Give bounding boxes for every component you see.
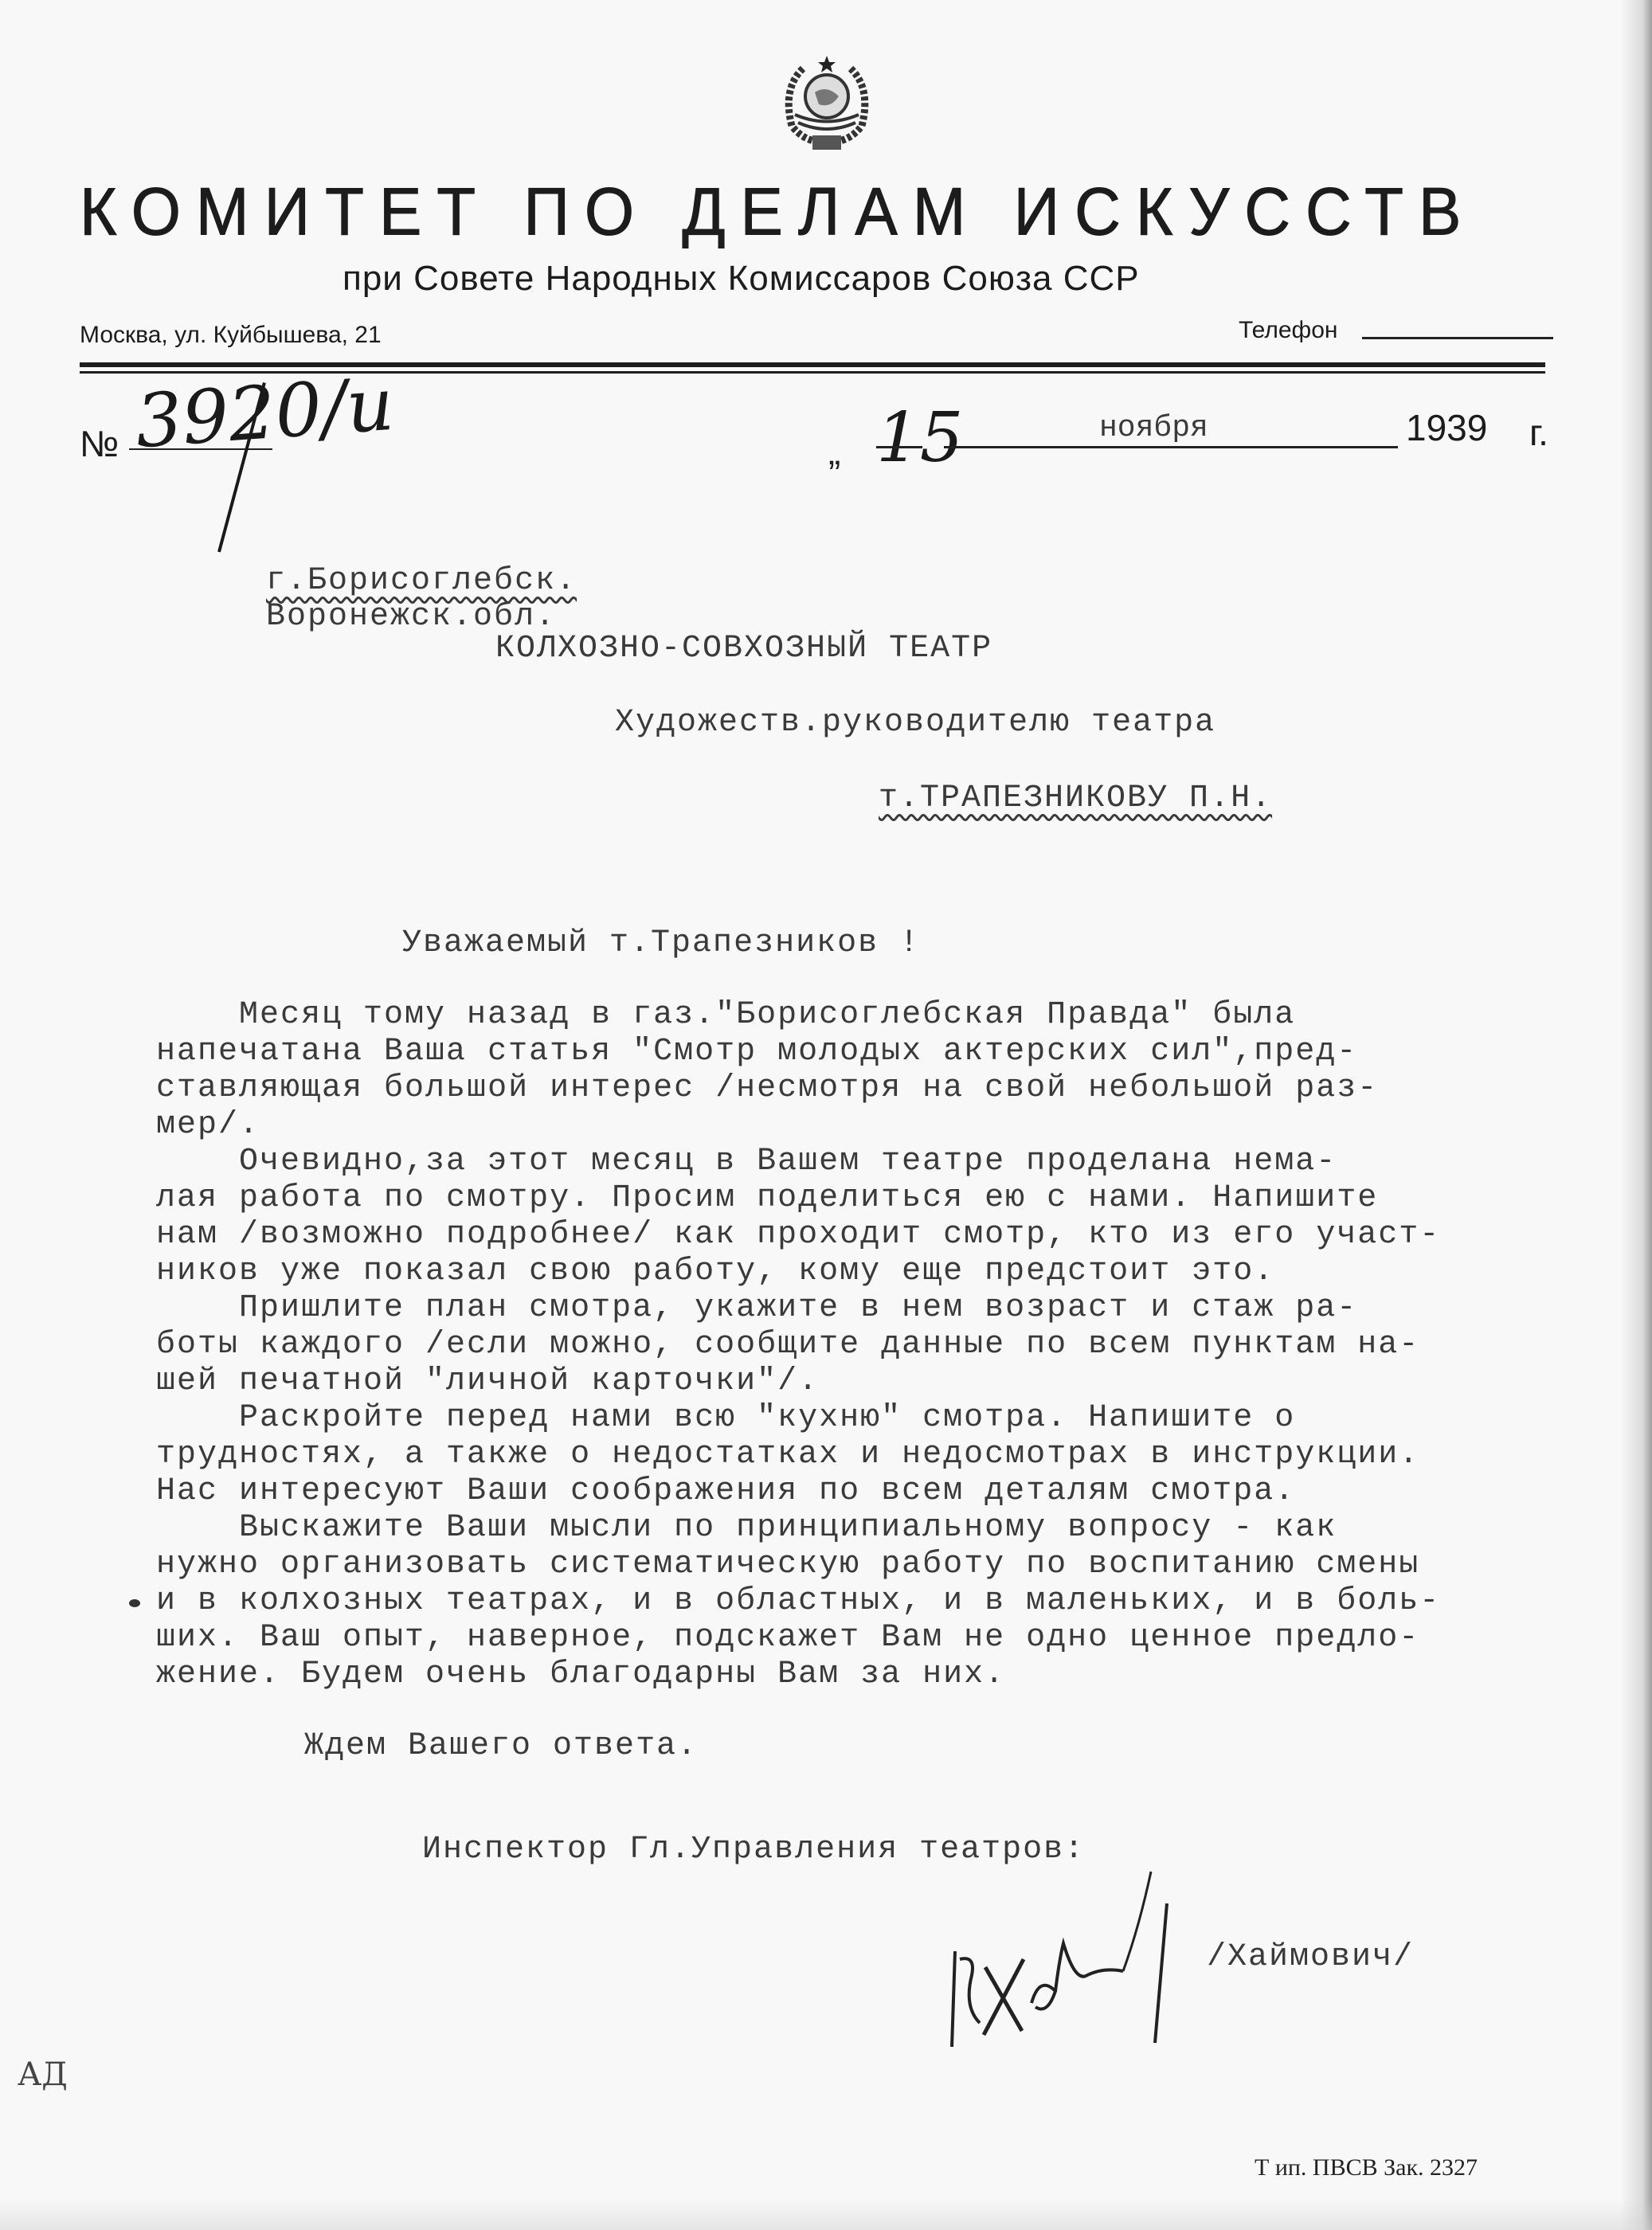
ussr-coat-of-arms-icon xyxy=(771,53,883,156)
recipient-name: т.ТРАПЕЗНИКОВУ П.Н. xyxy=(879,780,1272,816)
body-line: и в колхозных театрах, и в областных, и … xyxy=(156,1583,1440,1619)
body-line: ставляющая большой интерес /несмотря на … xyxy=(156,1070,1378,1106)
reference-number: 3920/и xyxy=(133,362,397,464)
body-line: лая работа по смотру. Просим поделиться … xyxy=(156,1180,1378,1216)
phone-field-line xyxy=(1362,337,1553,339)
body-line: шей печатной "личной карточки"/. xyxy=(156,1363,819,1399)
page-bottom-shadow xyxy=(0,2198,1652,2230)
date-year-suffix: г. xyxy=(1529,411,1548,454)
printer-imprint: Т ип. ПВСВ Зак. 2327 xyxy=(1255,2154,1478,2181)
body-line: нам /возможно подробнее/ как проходит см… xyxy=(156,1217,1440,1253)
date-day-line xyxy=(876,446,922,448)
recipient-address: г.Борисоглебск. Воронежск.обл. xyxy=(225,527,577,635)
body-line: нужно организовать систематическую работ… xyxy=(156,1547,1419,1583)
date-month-line xyxy=(944,446,1398,448)
body-line: мер/. xyxy=(156,1107,260,1143)
date-quote-mark: „ xyxy=(828,430,840,473)
body-line: жение. Будем очень благодарны Вам за них… xyxy=(156,1657,1005,1692)
date-year: 1939 xyxy=(1406,406,1487,449)
phone-label: Телефон xyxy=(1239,317,1337,344)
body-line: Выскажите Ваши мысли по принципиальному … xyxy=(156,1510,1337,1546)
header-rule-thick xyxy=(80,362,1545,367)
recipient-region: Воронежск.обл. xyxy=(266,599,556,635)
body-line: ших. Ваш опыт, наверное, подскажет Вам н… xyxy=(156,1620,1419,1656)
archive-stamp: АД xyxy=(18,2056,68,2093)
recipient-city: г.Борисоглебск. xyxy=(266,563,577,599)
body-line: боты каждого /если можно, сообщите данны… xyxy=(156,1327,1419,1363)
margin-ink-mark xyxy=(129,1599,140,1607)
address: Москва, ул. Куйбышева, 21 xyxy=(80,322,382,349)
page-edge-shadow xyxy=(1620,0,1652,2230)
salutation: Уважаемый т.Трапезников ! xyxy=(402,925,920,961)
body-line: Очевидно,за этот месяц в Вашем театре пр… xyxy=(156,1144,1337,1180)
signatory-name: /Хаймович/ xyxy=(1207,1939,1414,1975)
handwritten-signature-icon xyxy=(936,1864,1207,2055)
body-line: Раскройте перед нами всю "кухню" смотра.… xyxy=(156,1400,1295,1436)
number-label: № xyxy=(80,422,119,465)
recipient-position: Художеств.руководителю театра xyxy=(615,705,1216,741)
body-line: ников уже показал свою работу, кому еще … xyxy=(156,1254,1274,1289)
date-month: ноября xyxy=(1099,411,1208,445)
closing-line: Ждем Вашего ответа. xyxy=(304,1728,698,1764)
organization-subtitle: при Совете Народных Комиссаров Союза ССР xyxy=(343,259,1140,299)
date-day: 15 xyxy=(876,398,963,478)
organization-title: КОМИТЕТ ПО ДЕЛАМ ИСКУССТВ xyxy=(80,174,1577,251)
recipient-institution: КОЛХОЗНО-СОВХОЗНЫЙ ТЕАТР xyxy=(495,631,992,667)
body-line: Нас интересуют Ваши соображения по всем … xyxy=(156,1473,1295,1509)
signatory-title: Инспектор Гл.Управления театров: xyxy=(422,1832,1085,1868)
body-line: трудностях, а также о недостатках и недо… xyxy=(156,1437,1419,1473)
body-line: напечатана Ваша статья "Смотр молодых ак… xyxy=(156,1034,1357,1070)
body-line: Пришлите план смотра, укажите в нем возр… xyxy=(156,1290,1357,1326)
body-line: Месяц тому назад в газ."Борисоглебская П… xyxy=(156,997,1295,1033)
